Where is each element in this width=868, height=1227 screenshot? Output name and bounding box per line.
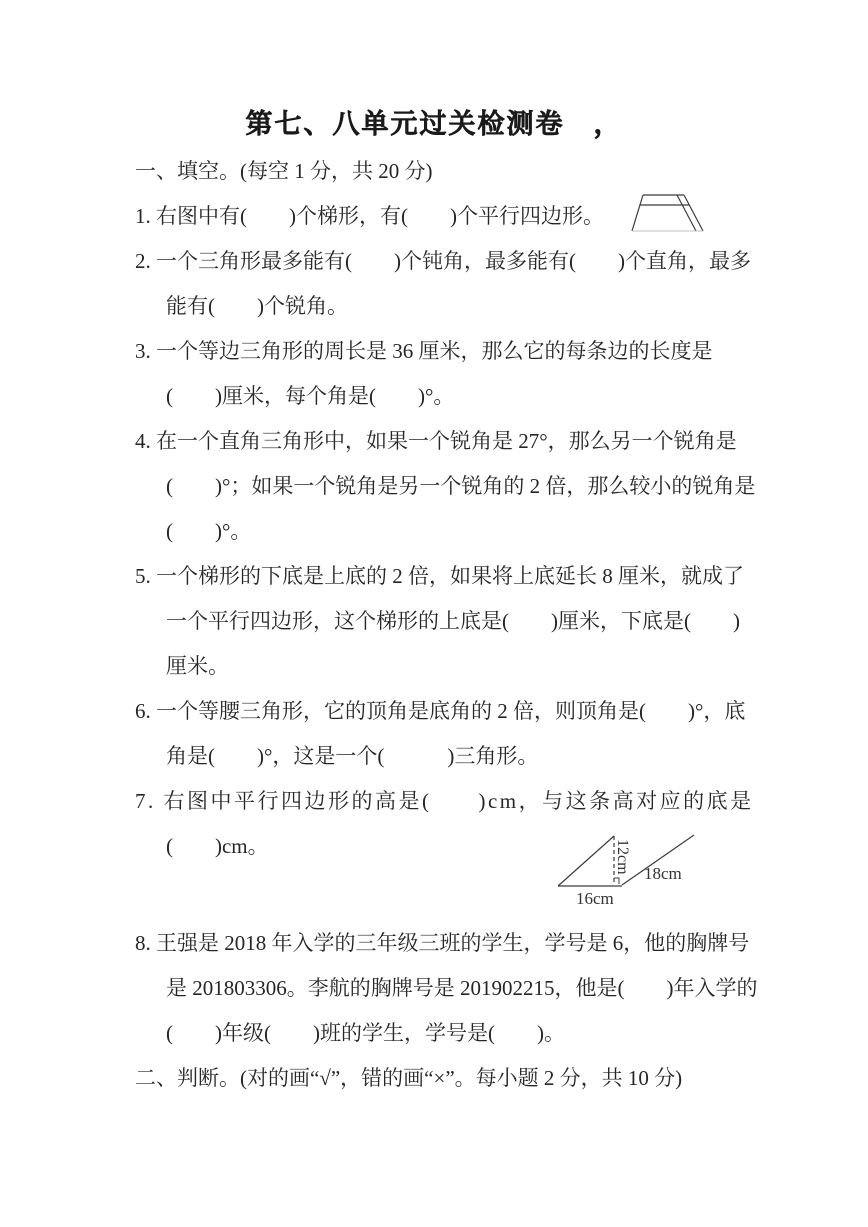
figure-clearance-spacer [135, 869, 868, 921]
question-2-line-2: 能有( )个锐角。 [135, 284, 868, 329]
question-7-line-1: 7. 右图中平行四边形的高是( )cm，与这条高对应的底是 [135, 779, 868, 824]
exam-body: 一、填空。(每空 1 分，共 20 分) 1. 右图中有( )个梯形，有( )个… [135, 149, 868, 1101]
question-8-line-1: 8. 王强是 2018 年入学的三年级三班的学生，学号是 6，他的胸牌号 [135, 921, 868, 966]
section-judge-heading: 二、判断。(对的画“√”，错的画“×”。每小题 2 分，共 10 分) [135, 1056, 868, 1101]
question-5-line-2: 一个平行四边形，这个梯形的上底是( )厘米，下底是( ) [135, 599, 868, 644]
parallelogram-left-side [558, 836, 614, 886]
question-3-line-2: ( )厘米，每个角是( )°。 [135, 374, 868, 419]
page-title: 第七、八单元过关检测卷 ， [0, 0, 868, 142]
question-6-line-1: 6. 一个等腰三角形，它的顶角是底角的 2 倍，则顶角是( )°，底 [135, 689, 868, 734]
parallelogram-figure: 16cm 18cm 12cm [552, 824, 704, 908]
question-8-line-3: ( )年级( )班的学生，学号是( )。 [135, 1011, 868, 1056]
question-5-line-3: 厘米。 [135, 644, 868, 689]
question-3-line-1: 3. 一个等边三角形的周长是 36 厘米，那么它的每条边的长度是 [135, 329, 868, 374]
question-8-line-2: 是 201803306。李航的胸牌号是 201902215，他是( )年入学的 [135, 966, 868, 1011]
base-length-label: 16cm [576, 889, 614, 908]
right-angle-mark [614, 878, 619, 884]
question-5-line-1: 5. 一个梯形的下底是上底的 2 倍，如果将上底延长 8 厘米，就成了 [135, 554, 868, 599]
question-6-line-2: 角是( )°，这是一个( )三角形。 [135, 734, 868, 779]
question-7-line-2: ( )cm。 [135, 824, 868, 869]
question-4-line-2: ( )°；如果一个锐角是另一个锐角的 2 倍，那么较小的锐角是 [135, 464, 868, 509]
question-1-line-1: 1. 右图中有( )个梯形，有( )个平行四边形。 [135, 194, 868, 239]
section-fill-heading: 一、填空。(每空 1 分，共 20 分) [135, 149, 868, 194]
side-length-label: 18cm [644, 864, 682, 883]
height-length-label: 12cm [614, 839, 631, 875]
trapezoid-left-leg [632, 195, 643, 231]
question-4-line-1: 4. 在一个直角三角形中，如果一个锐角是 27°，那么另一个锐角是 [135, 419, 868, 464]
question-4-line-3: ( )°。 [135, 509, 868, 554]
trapezoid-figure [625, 186, 709, 236]
exam-page: 第七、八单元过关检测卷 ， 一、填空。(每空 1 分，共 20 分) 1. 右图… [0, 0, 868, 1227]
question-2-line-1: 2. 一个三角形最多能有( )个钝角，最多能有( )个直角，最多 [135, 239, 868, 284]
